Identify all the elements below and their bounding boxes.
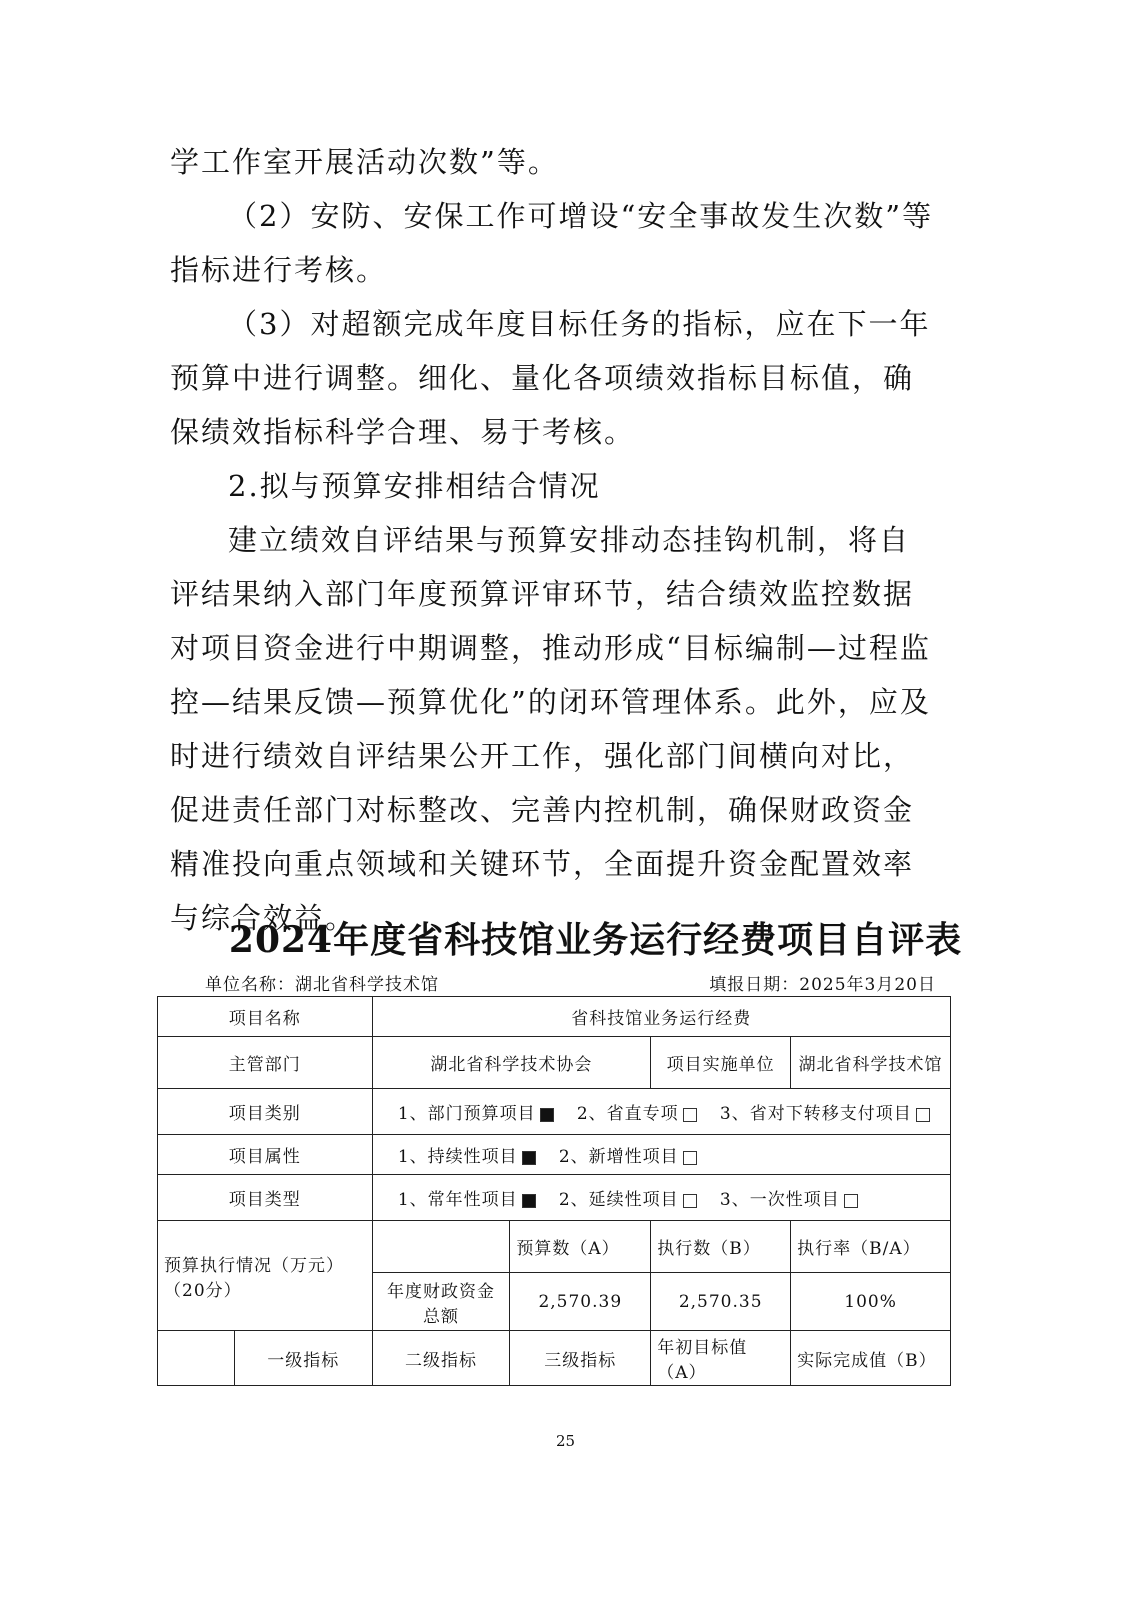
type-options: 1、常年性项目 2、延续性项目 3、一次性项目 (372, 1175, 950, 1221)
unchecked-box-icon[interactable] (683, 1108, 697, 1122)
unchecked-box-icon[interactable] (844, 1194, 858, 1208)
attribute-option-1: 1、持续性项目 (398, 1147, 518, 1167)
impl-unit-label: 项目实施单位 (651, 1037, 791, 1089)
blank-cell (158, 1331, 235, 1386)
budget-value-a: 2,570.39 (510, 1273, 651, 1331)
unchecked-box-icon[interactable] (683, 1151, 697, 1165)
indicator-header-1: 一级指标 (234, 1331, 372, 1386)
blank-cell (372, 1221, 510, 1273)
category-option-1: 1、部门预算项目 (398, 1104, 536, 1124)
budget-label: 预算执行情况（万元）（20分） (158, 1221, 373, 1331)
budget-header-a: 预算数（A） (510, 1221, 651, 1273)
type-option-3: 3、一次性项目 (720, 1190, 840, 1210)
budget-header-b: 执行数（B） (651, 1221, 791, 1273)
report-date: 填报日期：2025年3月20日 (709, 970, 936, 995)
attribute-options: 1、持续性项目 2、新增性项目 (372, 1135, 950, 1175)
checked-box-icon[interactable] (540, 1108, 554, 1122)
attribute-label: 项目属性 (158, 1135, 373, 1175)
budget-value-b: 2,570.35 (651, 1273, 791, 1331)
paragraph-1: 学工作室开展活动次数”等。 (170, 135, 940, 189)
self-evaluation-table: 项目名称 省科技馆业务运行经费 主管部门 湖北省科学技术协会 项目实施单位 湖北… (157, 996, 951, 1386)
category-options: 1、部门预算项目 2、省直专项 3、省对下转移支付项目 (372, 1089, 950, 1135)
paragraph-3: （3）对超额完成年度目标任务的指标，应在下一年预算中进行调整。细化、量化各项绩效… (170, 297, 940, 459)
budget-value-rate: 100% (791, 1273, 951, 1331)
dept-label: 主管部门 (158, 1037, 373, 1089)
paragraph-2: （2）安防、安保工作可增设“安全事故发生次数”等指标进行考核。 (170, 189, 940, 297)
indicator-header-actual: 实际完成值（B） (791, 1331, 951, 1386)
dept-value: 湖北省科学技术协会 (372, 1037, 651, 1089)
category-option-2: 2、省直专项 (577, 1104, 679, 1124)
project-name-value: 省科技馆业务运行经费 (372, 997, 950, 1037)
indicator-header-target: 年初目标值（A） (651, 1331, 791, 1386)
attribute-option-2: 2、新增性项目 (559, 1147, 679, 1167)
type-label: 项目类型 (158, 1175, 373, 1221)
type-option-1: 1、常年性项目 (398, 1190, 518, 1210)
type-option-2: 2、延续性项目 (559, 1190, 679, 1210)
impl-unit-value: 湖北省科学技术馆 (791, 1037, 951, 1089)
checked-box-icon[interactable] (522, 1194, 536, 1208)
unchecked-box-icon[interactable] (916, 1108, 930, 1122)
budget-row-label: 年度财政资金总额 (372, 1273, 510, 1331)
section-heading: 2.拟与预算安排相结合情况 (170, 459, 940, 513)
checked-box-icon[interactable] (522, 1151, 536, 1165)
category-option-3: 3、省对下转移支付项目 (720, 1104, 912, 1124)
category-label: 项目类别 (158, 1089, 373, 1135)
project-name-label: 项目名称 (158, 997, 373, 1037)
budget-header-rate: 执行率（B/A） (791, 1221, 951, 1273)
form-title: 2024年度省科技馆业务运行经费项目自评表 (0, 912, 1131, 963)
page-number: 25 (0, 1432, 1131, 1450)
unit-name: 单位名称：湖北省科学技术馆 (205, 970, 439, 995)
indicator-header-2: 二级指标 (372, 1331, 510, 1386)
indicator-header-3: 三级指标 (510, 1331, 651, 1386)
unchecked-box-icon[interactable] (683, 1194, 697, 1208)
paragraph-4: 建立绩效自评结果与预算安排动态挂钩机制，将自评结果纳入部门年度预算评审环节，结合… (170, 513, 940, 945)
